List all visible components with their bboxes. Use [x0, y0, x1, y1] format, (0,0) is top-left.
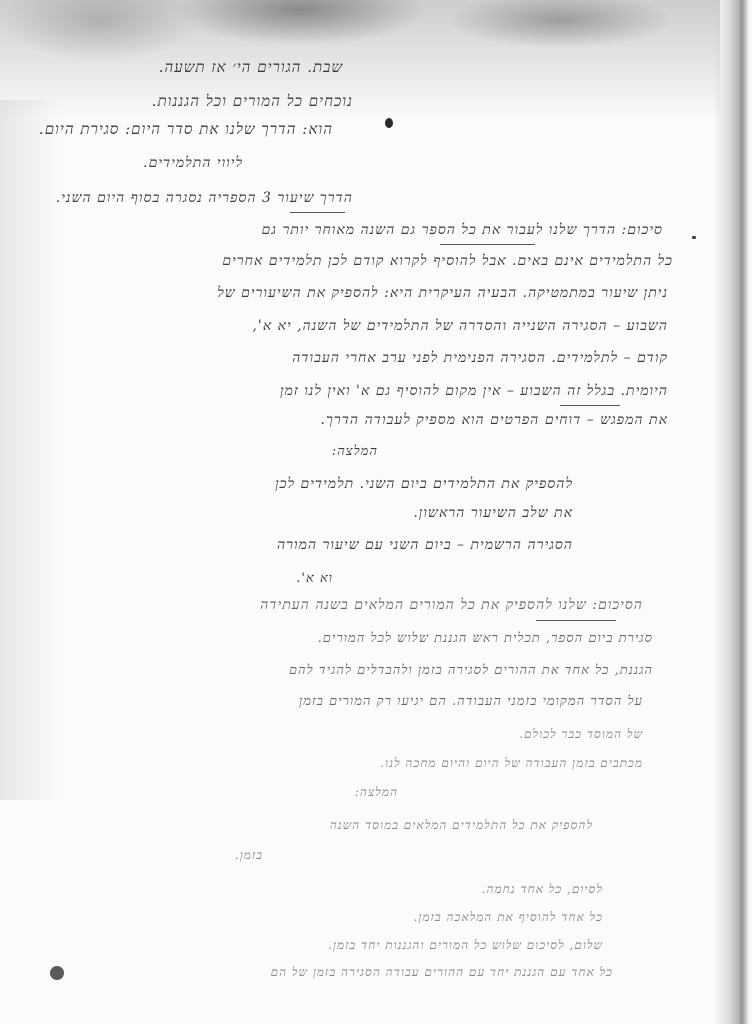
- header-line-3: הוא: הדרך שלנו את סדר היום: סגירת היום.: [39, 120, 333, 139]
- section1-line-8: את המפגש – דוחים הפרטים הוא מספיק לעבודה…: [321, 412, 669, 429]
- photocopy-noise-left: [0, 100, 60, 800]
- header-line-2: נוכחים כל המורים וכל הגננות.: [152, 92, 353, 111]
- footer-line-4: כל אחד עם הגננת יחד עם ההורים עבודה הסגי…: [271, 965, 613, 980]
- section2-line-3: הגננת, כל אחד את ההורים לסגירה בזמן ולהב…: [289, 662, 653, 678]
- section2-line-1: הסיכום: שלנו להספיק את כל המורים המלאים …: [260, 597, 643, 614]
- scan-edge-shadow: [713, 0, 753, 1024]
- section2-conclusion-1: להספיק את כל התלמידים המלאים במוסד השנה: [330, 818, 593, 833]
- section2-line-2: סגירת ביום הספר, תכלית ראש הגננת שלוש לכ…: [318, 630, 653, 646]
- underline: [290, 212, 345, 213]
- section1-line-7: היומית. בגלל זה השבוע – אין מקום להוסיף …: [280, 383, 668, 400]
- section1-line-1: הדרך שיעור 3 הספריה נסגרה בסוף היום השני…: [56, 190, 353, 207]
- footer-line-1: לסיום, כל אחד נחמה.: [482, 882, 603, 897]
- ink-smudge: [50, 966, 64, 980]
- underline: [440, 244, 535, 245]
- section2-line-6: מכתבים בזמן העבודה של היום והיום מחכה לנ…: [380, 756, 643, 771]
- header-line-4: ליווי התלמידים.: [143, 155, 243, 172]
- underline: [536, 620, 616, 621]
- underline: [560, 405, 620, 406]
- section2-conclusion-2: בזמן.: [235, 848, 263, 863]
- header-line-1: שבת. הגורים הי׳ אז תשעה.: [159, 58, 343, 77]
- section1-conclusion-1: להספיק את התלמידים ביום השני. תלמידים לכ…: [275, 476, 573, 493]
- section1-line-4: ניתן שיעור במתמטיקה. הבעיה העיקרית היא: …: [217, 285, 668, 302]
- scanned-document-page: שבת. הגורים הי׳ אז תשעה. נוכחים כל המורי…: [0, 0, 753, 1024]
- section1-line-2: סיכום: הדרך שלנו לעבור את כל הספר גם השנ…: [262, 222, 663, 239]
- section1-line-5: השבוע – הסגירה השנייה והסדרה של התלמידים…: [252, 318, 668, 335]
- footer-line-3: שלום, לסיכום שלוש כל המורים והגננות יחד …: [328, 938, 603, 953]
- section2-line-4: על הסדר המקומי בזמני העבודה. הם יגיעו רק…: [299, 693, 643, 709]
- section1-conclusion-label: המלצה:: [332, 443, 378, 459]
- section1-line-6: קודם – לתלמידים. הסגירה הפנימית לפני ערב…: [292, 350, 668, 367]
- footer-line-2: כל אחד להוסיף את המלאכה בזמן.: [414, 910, 603, 925]
- section1-conclusion-3: הסגירה הרשמית – ביום השני עם שיעור המורה: [277, 537, 573, 554]
- ink-blot: [385, 118, 393, 128]
- margin-speck: [692, 236, 696, 239]
- section1-conclusion-4: וא א'.: [296, 570, 333, 586]
- page-binding-edge: [740, 0, 743, 1024]
- section2-conclusion-label: המלצה:: [355, 785, 398, 800]
- section1-line-3: כל התלמידים אינם באים. אבל להוסיף לקרוא …: [222, 253, 673, 270]
- photocopy-noise-top: [0, 0, 720, 120]
- section1-conclusion-2: את שלב השיעור הראשון.: [413, 505, 573, 522]
- section2-line-5: של המוסד כבר לכולם.: [519, 727, 643, 742]
